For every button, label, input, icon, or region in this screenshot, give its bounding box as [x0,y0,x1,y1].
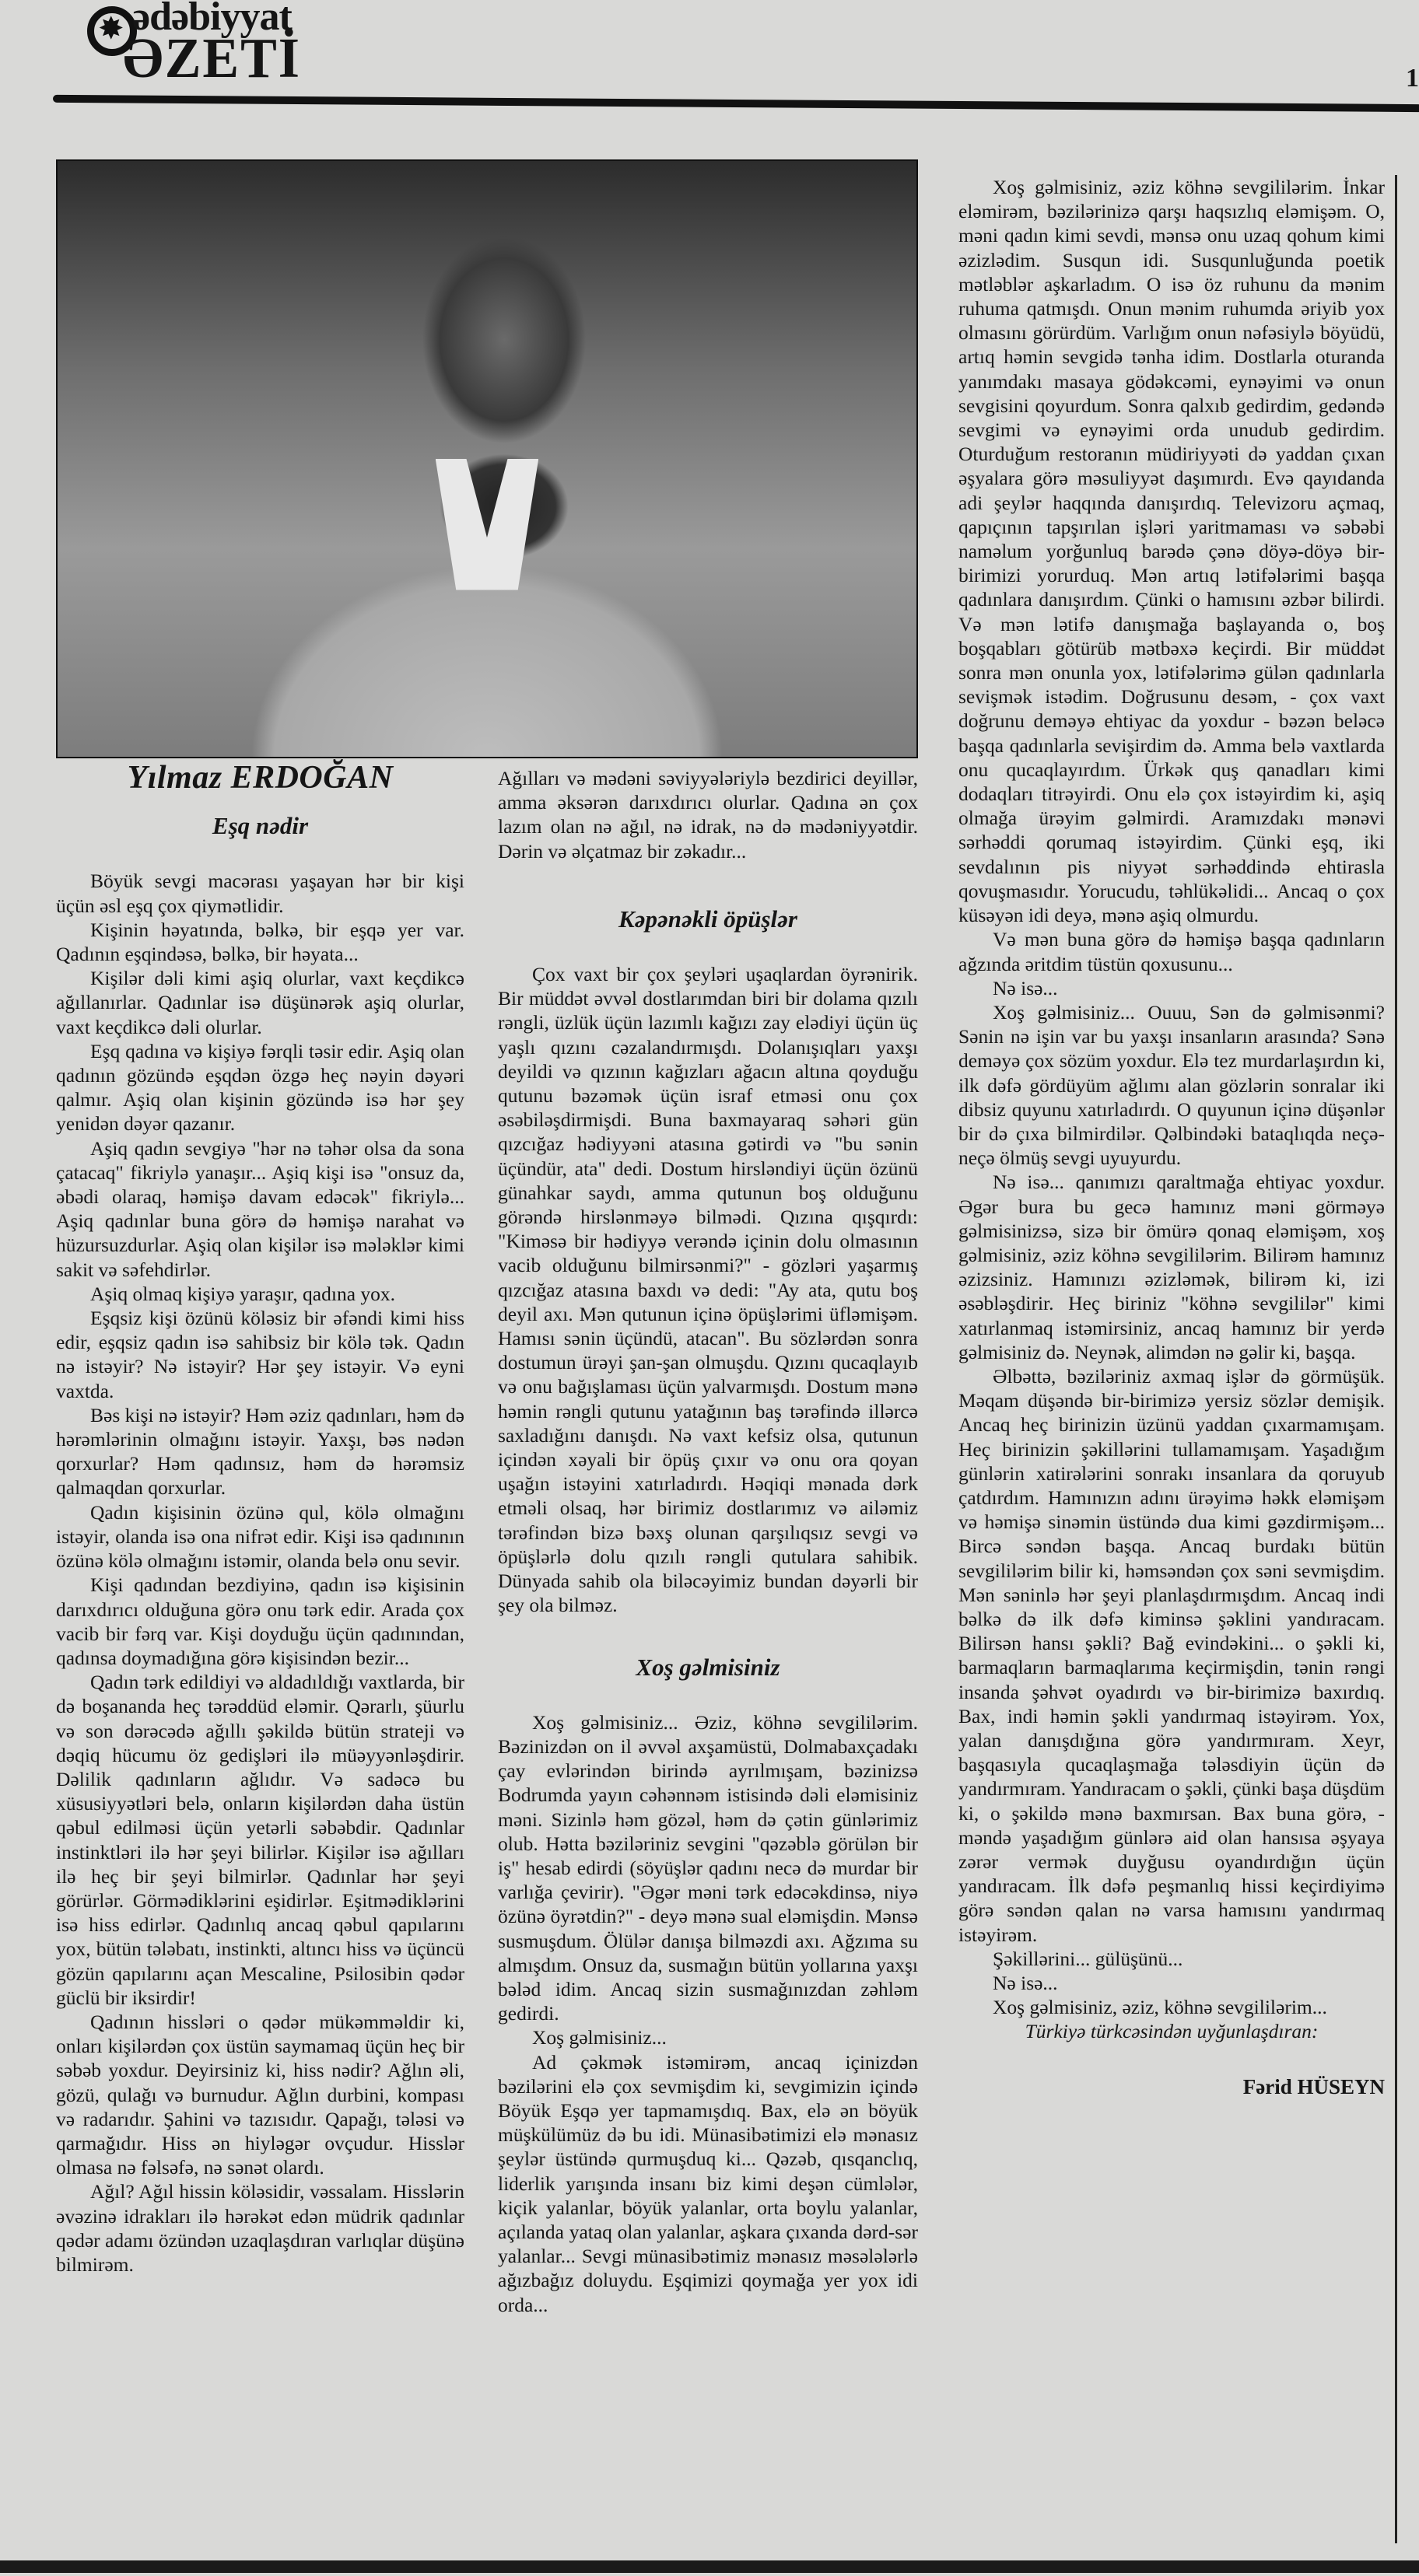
paragraph: Və mən buna görə də həmişə başqa qadınla… [958,927,1385,975]
author-photo [56,159,918,758]
paragraph: Eşqsiz kişi özünü köləsiz bir əfəndi kim… [56,1306,464,1403]
paragraph: Böyük sevgi macərası yaşayan hər bir kiş… [56,869,464,917]
column-left: Yılmaz ERDOĞAN Eşq nədir Böyük sevgi mac… [56,766,464,2277]
section-title-xos-gelmisiniz: Xoş gəlmisiniz [498,1655,918,1679]
column-divider-right [1395,175,1397,2543]
paragraph: Ad çəkmək istəmirəm, ancaq içinizdən bəz… [498,2050,918,2317]
paragraph: Kişilər dəli kimi aşiq olurlar, vaxt keç… [56,966,464,1039]
paragraph: Çox vaxt bir çox şeyləri uşaqlardan öyrə… [498,962,918,1617]
masthead-logo: ədəbiyyat ƏZETİ [78,0,389,89]
page-number: 1 [1406,64,1419,93]
photo-shirt-collar [436,459,538,590]
paragraph: Qadın kişisinin özünə qul, kölə olmağını… [56,1500,464,1573]
paragraph: Şəkillərini... gülüşünü... [958,1947,1385,1971]
paragraph: Xoş gəlmisiniz, əziz, köhnə sevgililərim… [958,1995,1385,2019]
column-right: Xoş gəlmisiniz, əziz köhnə sevgililərim.… [958,175,1385,2099]
paragraph: Nə isə... qanımızı qaraltmağa ehtiyac yo… [958,1170,1385,1364]
paragraph: Ağıl? Ağıl hissin köləsidir, vəssalam. H… [56,2179,464,2277]
paragraph: Qadının hissləri o qədər mükəmməldir ki,… [56,2010,464,2179]
translation-credit-label: Türkiyə türkcəsindən uyğunlaşdıran: [958,2019,1385,2043]
paragraph: Eşq qadına və kişiyə fərqli təsir edir. … [56,1039,464,1136]
column-middle: Ağılları və mədəni səviyyələriylə bezdir… [498,766,918,2317]
header-divider [53,95,1419,112]
author-name: Yılmaz ERDOĞAN [56,766,464,790]
paragraph: Xoş gəlmisiniz... Əziz, köhnə sevgililər… [498,1710,918,2026]
paragraph: Nə isə... [958,976,1385,1000]
translator-name: Fərid HÜSEYN [958,2075,1385,2099]
footer-divider [0,2560,1419,2573]
section-title-esq-nedir: Eşq nədir [56,814,464,838]
paragraph: Xoş gəlmisiniz... [498,2025,918,2049]
paragraph: Əlbəttə, bəziləriniz axmaq işlər də görm… [958,1364,1385,1947]
paragraph: Aşiq qadın sevgiyə "hər nə təhər olsa da… [56,1136,464,1282]
paragraph: Aşiq olmaq kişiyə yaraşır, qadına yox. [56,1282,464,1306]
section-title-kepenekli-opusler: Kəpənəkli öpüşlər [498,907,918,931]
paragraph-continued: Ağılları və mədəni səviyyələriylə bezdir… [498,766,918,863]
logo-text-bottom: ƏZETİ [123,26,301,92]
paragraph: Kişinin həyatında, bəlkə, bir eşqə yer v… [56,918,464,966]
paragraph: Kişi qadından bezdiyinə, qadın isə kişis… [56,1573,464,1670]
paragraph: Qadın tərk edildiyi və aldadıldığı vaxtl… [56,1670,464,2010]
paragraph: Bəs kişi nə istəyir? Həm əziz qadınları,… [56,1403,464,1500]
paragraph: Xoş gəlmisiniz, əziz köhnə sevgililərim.… [958,175,1385,927]
paragraph: Nə isə... [958,1971,1385,1995]
paragraph: Xoş gəlmisiniz... Ouuu, Sən də gəlmisənm… [958,1000,1385,1170]
